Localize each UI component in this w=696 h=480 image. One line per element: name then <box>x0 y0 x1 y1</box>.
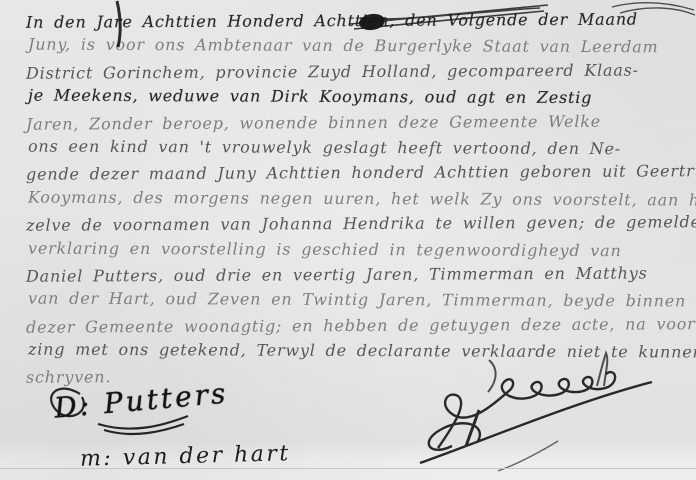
text-line-6: ons een kind van 't vrouwelyk geslagt he… <box>28 134 688 162</box>
text-line-11: Daniel Putters, oud drie en veertig Jare… <box>26 260 686 289</box>
text-line-5: Jaren, Zonder beroep, wonende binnen dez… <box>26 108 686 137</box>
scanned-birth-act-page: In den Jare Achttien Honderd Achttien, d… <box>0 0 696 480</box>
act-body-text: In den Jare Achttien Honderd Achttien, d… <box>26 8 686 389</box>
text-line-12: van der Hart, oud Zeven en Twintig Jaren… <box>28 286 688 314</box>
text-line-1: In den Jare Achttien Honderd Achttien, d… <box>26 6 686 35</box>
text-line-3: District Gorinchem, provincie Zuyd Holla… <box>26 57 686 86</box>
text-line-14: zing met ons getekend, Terwyl de declara… <box>28 337 688 365</box>
text-line-8: Kooymans, des morgens negen uuren, het w… <box>28 184 688 212</box>
text-line-2: Juny, is voor ons Ambtenaar van de Burge… <box>28 32 688 60</box>
text-line-13: dezer Gemeente woonagtig; en hebben de g… <box>26 311 686 340</box>
paper-fold-line <box>0 468 696 469</box>
text-line-4: je Meekens, weduwe van Dirk Kooymans, ou… <box>28 83 688 111</box>
text-line-7: gende dezer maand Juny Achttien honderd … <box>26 159 686 188</box>
text-line-9: zelve de voornamen van Johanna Hendrika … <box>26 209 686 238</box>
text-line-10: verklaring en voorstelling is geschied i… <box>28 235 688 263</box>
